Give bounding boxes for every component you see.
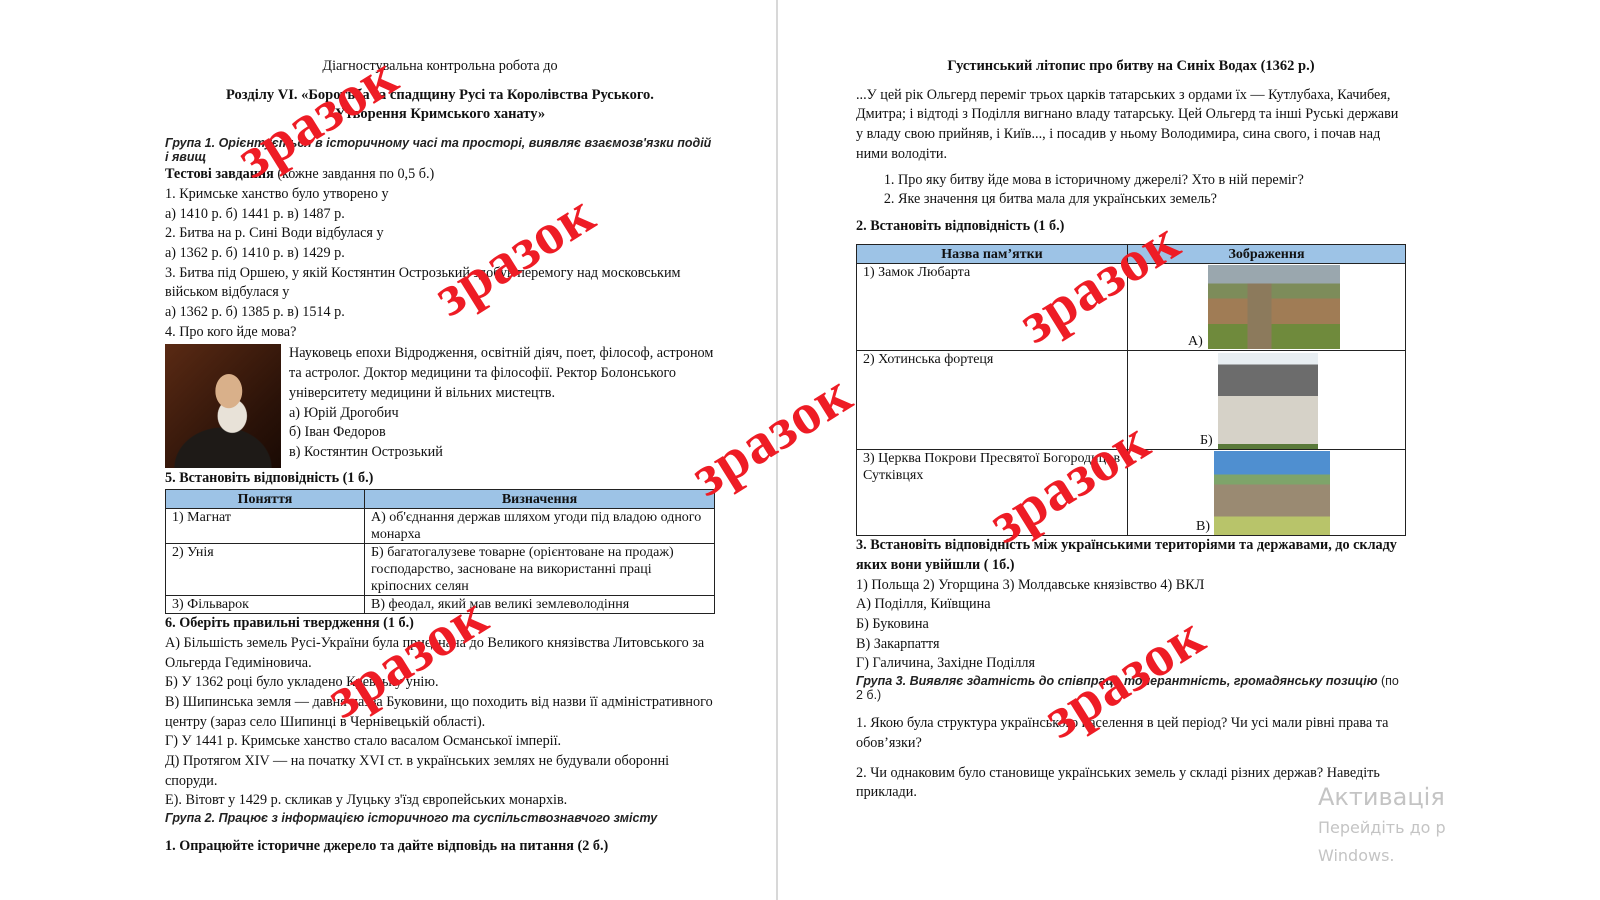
table-header: Назва пам’ятки: [857, 245, 1128, 264]
question-2-options: а) 1362 р. б) 1410 р. в) 1429 р.: [165, 244, 715, 264]
group2-question-1: 1. Опрацюйте історичне джерело та дайте …: [165, 837, 715, 857]
question-6-heading: 6. Оберіть правильні твердження (1 б.): [165, 614, 715, 634]
statement: Д) Протягом XIV — на початку XVI ст. в у…: [165, 752, 715, 791]
group1-heading: Група 1. Орієнтується в історичному часі…: [165, 136, 715, 164]
statement: А) Більшість земель Русі-України була пр…: [165, 634, 715, 673]
table-header: Визначення: [365, 490, 715, 509]
source-text: ...У цей рік Ольгерд переміг трьох царкі…: [856, 86, 1406, 165]
church-image: [1218, 353, 1318, 449]
table-cell: 2) Хотинська фортеця: [857, 351, 1128, 450]
activation-line: Windows.: [1318, 842, 1446, 870]
question-3-options: а) 1362 р. б) 1385 р. в) 1514 р.: [165, 303, 715, 323]
table-cell: Б) багатогалузеве товарне (орієнтоване н…: [365, 544, 715, 596]
territory: В) Закарпаття: [856, 635, 1406, 655]
table-cell: А) об'єднання держав шляхом угоди під вл…: [365, 509, 715, 544]
question-1: 1. Кримське ханство було утворено у: [165, 185, 715, 205]
table-row: 2) Хотинська фортеця Б): [857, 351, 1406, 450]
image-label: А): [1188, 333, 1203, 350]
source-questions: Про яку битву йде мова в історичному дже…: [856, 171, 1406, 209]
question-4-option: б) Іван Федоров: [289, 423, 715, 443]
table-cell: 1) Магнат: [166, 509, 365, 544]
source-question: Про яку битву йде мова в історичному дже…: [898, 171, 1406, 190]
table-row: 1) Магнат А) об'єднання держав шляхом уг…: [166, 509, 715, 544]
matching-table: Поняття Визначення 1) Магнат А) об'єднан…: [165, 489, 715, 614]
question-1-options: а) 1410 р. б) 1441 р. в) 1487 р.: [165, 205, 715, 225]
source-question: Яке значення ця битва мала для українськ…: [898, 190, 1406, 209]
table-cell: 3) Церква Покрови Пресвятої Богородиці в…: [857, 450, 1128, 536]
monuments-table: Назва пам’ятки Зображення 1) Замок Любар…: [856, 244, 1406, 536]
portrait-image: [165, 344, 281, 468]
question-4-option: а) Юрій Дрогобич: [289, 404, 715, 424]
territory: А) Поділля, Київщина: [856, 595, 1406, 615]
table-header: Зображення: [1128, 245, 1406, 264]
states-list: 1) Польща 2) Угорщина 3) Молдавське княз…: [856, 576, 1406, 596]
group3-heading: Група 3. Виявляє здатність до співпраці,…: [856, 674, 1406, 702]
table-row: 1) Замок Любарта А): [857, 264, 1406, 351]
question-4: 4. Про кого йде мова?: [165, 323, 715, 343]
table-row: 3) Церква Покрови Пресвятої Богородиці в…: [857, 450, 1406, 536]
statement: Е). Вітовт у 1429 р. скликав у Луцьку з'…: [165, 791, 715, 811]
activation-line: Перейдіть до р: [1318, 814, 1446, 842]
question-4-option: в) Костянтин Острозький: [289, 443, 715, 463]
doc-header-line1: Діагностувальна контрольна робота до: [165, 57, 715, 77]
question-2-heading: 2. Встановіть відповідність (1 б.): [856, 217, 1406, 237]
question-4-block: Науковець епохи Відродження, освітній ді…: [165, 344, 715, 468]
statement: Б) У 1362 році було укладено Кревську ун…: [165, 673, 715, 693]
question-3-heading: 3. Встановіть відповідність між українсь…: [856, 536, 1406, 575]
activation-title: Активація: [1318, 780, 1446, 814]
windows-activation-notice: Активація Перейдіть до р Windows.: [1318, 780, 1446, 870]
table-row: 2) Унія Б) багатогалузеве товарне (орієн…: [166, 544, 715, 596]
territory: Г) Галичина, Західне Поділля: [856, 654, 1406, 674]
question-5-heading: 5. Встановіть відповідність (1 б.): [165, 469, 715, 489]
question-2: 2. Битва на р. Сині Води відбулася у: [165, 224, 715, 244]
question-3: 3. Битва під Оршею, у якій Костянтин Ост…: [165, 264, 715, 303]
group3-question-1: 1. Якою була структура українського насе…: [856, 714, 1406, 753]
page-divider: [776, 0, 778, 900]
territory: Б) Буковина: [856, 615, 1406, 635]
question-4-description: Науковець епохи Відродження, освітній ді…: [289, 344, 715, 403]
group2-heading: Група 2. Працює з інформацією історичног…: [165, 811, 715, 825]
table-header: Поняття: [166, 490, 365, 509]
test-heading: Тестові завдання (кожне завдання по 0,5 …: [165, 165, 715, 185]
table-cell: В) феодал, який мав великі землеволодінн…: [365, 596, 715, 614]
table-cell: 3) Фільварок: [166, 596, 365, 614]
table-cell: 2) Унія: [166, 544, 365, 596]
castle-image: [1208, 265, 1340, 349]
statement: Г) У 1441 р. Кримське ханство стало васа…: [165, 732, 715, 752]
image-label: В): [1196, 518, 1210, 535]
table-cell: 1) Замок Любарта: [857, 264, 1128, 351]
left-page-content: Діагностувальна контрольна робота до Роз…: [165, 57, 715, 857]
right-page-content: Густинський літопис про битву на Синіх В…: [856, 57, 1406, 803]
table-row: 3) Фільварок В) феодал, який мав великі …: [166, 596, 715, 614]
image-label: Б): [1200, 432, 1213, 449]
doc-title-line1: Розділу VI. «Боротьба за спадщину Русі т…: [165, 86, 715, 106]
statement: В) Шипинська земля — давня назва Буковин…: [165, 693, 715, 732]
doc-title-line2: Утворення Кримського ханату»: [165, 105, 715, 125]
source-title: Густинський літопис про битву на Синіх В…: [856, 57, 1406, 77]
fortress-image: [1214, 451, 1330, 535]
